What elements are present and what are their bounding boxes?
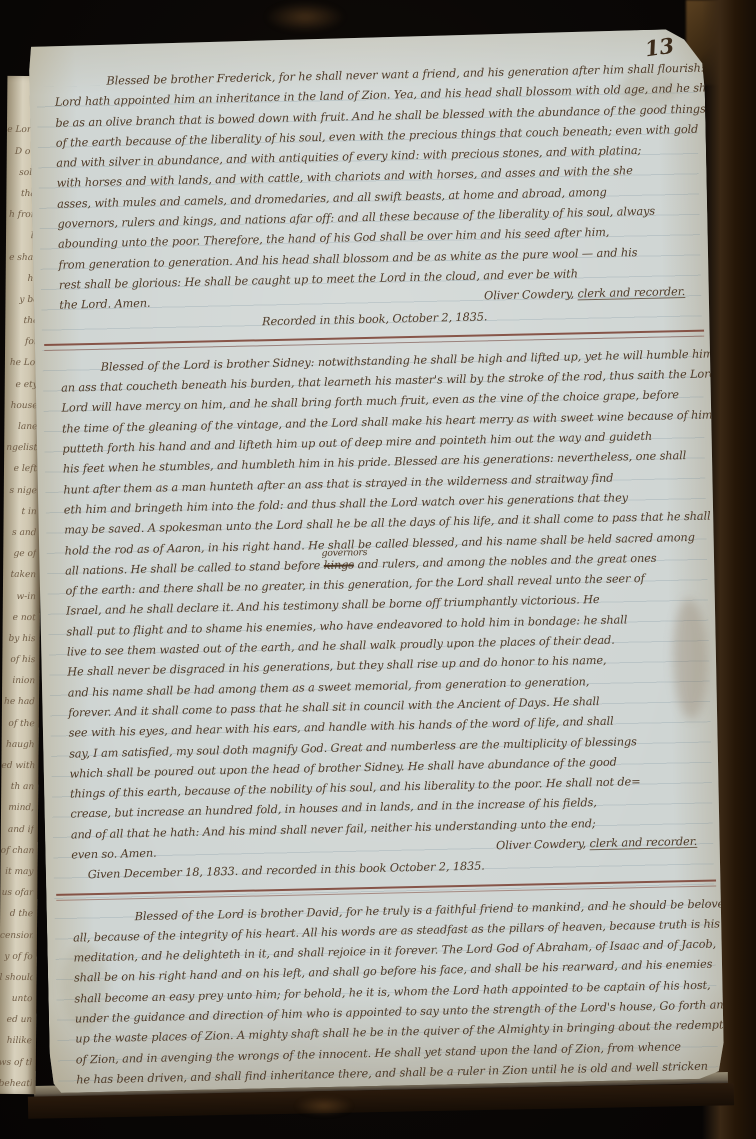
clerk-name: Oliver Cowdery,: [496, 837, 586, 852]
gutter-fragment: house: [4, 396, 37, 417]
clerk-title: clerk and recorder.: [589, 835, 697, 850]
gutter-fragment: w-in: [3, 586, 36, 607]
gutter-fragment: hilike: [0, 1031, 32, 1052]
gutter-fragment: haugh: [2, 735, 35, 756]
gutter-fragment: th an: [1, 777, 34, 798]
gutter-fragment: beheath: [0, 1074, 32, 1095]
interlinear-insertion: governors: [321, 548, 367, 559]
gutter-fragment: lane: [4, 417, 37, 438]
gutter-fragment: s and: [3, 523, 36, 544]
gutter-fragment: of his: [2, 650, 35, 671]
gutter-fragment: d the: [0, 904, 33, 925]
gutter-fragment: e left: [4, 459, 37, 480]
gutter-fragment: of chan: [1, 841, 34, 862]
gutter-fragment: taken: [3, 565, 36, 586]
gutter-fragment: of the: [2, 713, 35, 734]
gutter-fragment: for: [5, 332, 38, 353]
gutter-fragment: ngelist: [4, 438, 37, 459]
gutter-fragment: mind,: [1, 798, 34, 819]
struck-word-wrap: kingsgovernors: [324, 558, 355, 572]
gutter-fragment: s nige: [4, 480, 37, 501]
gutter-fragment: y of fo: [0, 947, 33, 968]
gutter-fragment: t in: [4, 502, 37, 523]
closing-words: even so. Amen.: [71, 844, 157, 866]
blessing-frederick-body: Blessed be brother Frederick, for he sha…: [54, 59, 689, 296]
gutter-fragment: the: [5, 311, 38, 332]
blessing-sidney-body-a: Blessed of the Lord is brother Sidney: n…: [60, 345, 694, 562]
clerk-name: Oliver Cowdery,: [484, 288, 574, 303]
gutter-fragment: and if: [1, 819, 34, 840]
blessing-david-body: Blessed of the Lord is brother David, fo…: [72, 894, 706, 1090]
bottom-wear-spot: [295, 1096, 353, 1116]
blessing-sidney: Blessed of the Lord is brother Sidney: n…: [60, 345, 701, 886]
clerk-title: clerk and recorder.: [577, 285, 685, 300]
blessing-frederick: Blessed be brother Frederick, for he sha…: [54, 59, 690, 337]
insertion-after-text: and rulers, and among the nobles and the…: [354, 552, 657, 572]
insertion-before-text: all nations. He shall be called to stand…: [65, 559, 324, 578]
page-content: Blessed be brother Frederick, for he sha…: [54, 59, 706, 1093]
gutter-fragment: us ofar: [0, 883, 33, 904]
gutter-fragment: it may: [0, 862, 33, 883]
manuscript-page: 13 Blessed be brother Frederick, for he …: [28, 29, 727, 1093]
blessing-sidney-body-b: of the earth: and there shall be no grea…: [65, 568, 701, 846]
gutter-fragment: e ety: [5, 374, 38, 395]
gutter-fragment: y be: [5, 290, 38, 311]
gutter-fragment: l should: [0, 968, 33, 989]
struck-word: kings: [324, 558, 355, 572]
gutter-fragment: ge of: [3, 544, 36, 565]
gutter-fragment: he had: [2, 692, 35, 713]
page-number: 13: [643, 33, 676, 62]
gutter-fragment: by his: [2, 629, 35, 650]
closing-words: the Lord. Amen.: [59, 294, 151, 316]
gutter-fragment: e not: [3, 608, 36, 629]
blessing-david: Blessed of the Lord is brother David, fo…: [72, 894, 706, 1090]
gutter-fragment: cension: [0, 925, 33, 946]
gutter-fragment: ed un: [0, 1010, 32, 1031]
gutter-fragment: unto: [0, 989, 32, 1010]
manuscript-photo: mae Lord:D outsols.thath fromlae shallhe…: [0, 0, 756, 1139]
gutter-fragment: ed with: [1, 756, 34, 777]
gutter-fragment: he Lo.: [5, 353, 38, 374]
binding-smudge: [265, 2, 345, 32]
gutter-fragment: ws of the: [0, 1052, 32, 1073]
gutter-fragment: inion: [2, 671, 35, 692]
